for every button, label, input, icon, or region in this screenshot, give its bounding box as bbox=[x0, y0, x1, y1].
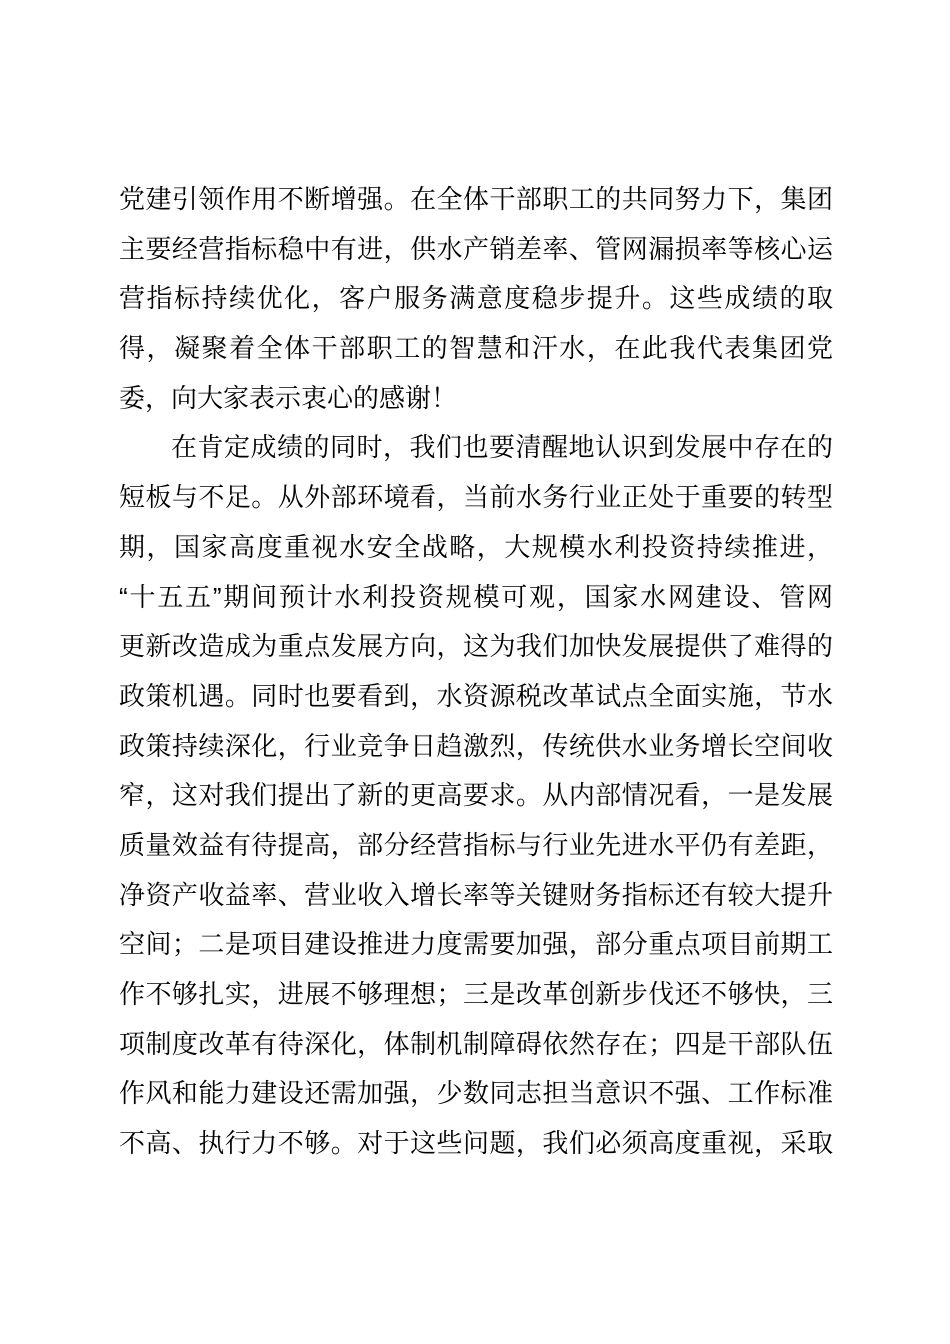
text-line: 委，向大家表示衷心的感谢！ bbox=[119, 374, 833, 424]
text-line: 质量效益有待提高，部分经营指标与行业先进水平仍有差距， bbox=[119, 821, 833, 871]
text-line: 作不够扎实，进展不够理想；三是改革创新步伐还不够快，三 bbox=[119, 970, 833, 1020]
document-page: 党建引领作用不断增强。在全体干部职工的共同努力下，集团主要经营指标稳中有进，供水… bbox=[0, 0, 950, 1344]
text-line: 得，凝聚着全体干部职工的智慧和汗水，在此我代表集团党 bbox=[119, 324, 833, 374]
text-line: 净资产收益率、营业收入增长率等关键财务指标还有较大提升 bbox=[119, 871, 833, 921]
text-line: 项制度改革有待深化，体制机制障碍依然存在；四是干部队伍 bbox=[119, 1020, 833, 1070]
text-line: 短板与不足。从外部环境看，当前水务行业正处于重要的转型 bbox=[119, 473, 833, 523]
paragraph: 在肯定成绩的同时，我们也要清醒地认识到发展中存在的短板与不足。从外部环境看，当前… bbox=[119, 423, 833, 1168]
paragraph: 党建引领作用不断增强。在全体干部职工的共同努力下，集团主要经营指标稳中有进，供水… bbox=[119, 175, 833, 423]
text-line: 期，国家高度重视水安全战略，大规模水利投资持续推进， bbox=[119, 523, 833, 573]
text-line: 主要经营指标稳中有进，供水产销差率、管网漏损率等核心运 bbox=[119, 225, 833, 275]
text-line: 不高、执行力不够。对于这些问题，我们必须高度重视，采取 bbox=[119, 1119, 833, 1169]
text-line: 作风和能力建设还需加强，少数同志担当意识不强、工作标准 bbox=[119, 1069, 833, 1119]
text-line: 政策机遇。同时也要看到，水资源税改革试点全面实施，节水 bbox=[119, 672, 833, 722]
text-line: 更新改造成为重点发展方向，这为我们加快发展提供了难得的 bbox=[119, 622, 833, 672]
text-line: “十五五”期间预计水利投资规模可观，国家水网建设、管网 bbox=[119, 573, 833, 623]
text-line: 政策持续深化，行业竞争日趋激烈，传统供水业务增长空间收 bbox=[119, 722, 833, 772]
text-line: 营指标持续优化，客户服务满意度稳步提升。这些成绩的取 bbox=[119, 274, 833, 324]
text-line: 窄，这对我们提出了新的更高要求。从内部情况看，一是发展 bbox=[119, 771, 833, 821]
text-line: 空间；二是项目建设推进力度需要加强，部分重点项目前期工 bbox=[119, 920, 833, 970]
text-line: 党建引领作用不断增强。在全体干部职工的共同努力下，集团 bbox=[119, 175, 833, 225]
text-line: 在肯定成绩的同时，我们也要清醒地认识到发展中存在的 bbox=[119, 423, 833, 473]
text-block: 党建引领作用不断增强。在全体干部职工的共同努力下，集团主要经营指标稳中有进，供水… bbox=[119, 175, 833, 1169]
